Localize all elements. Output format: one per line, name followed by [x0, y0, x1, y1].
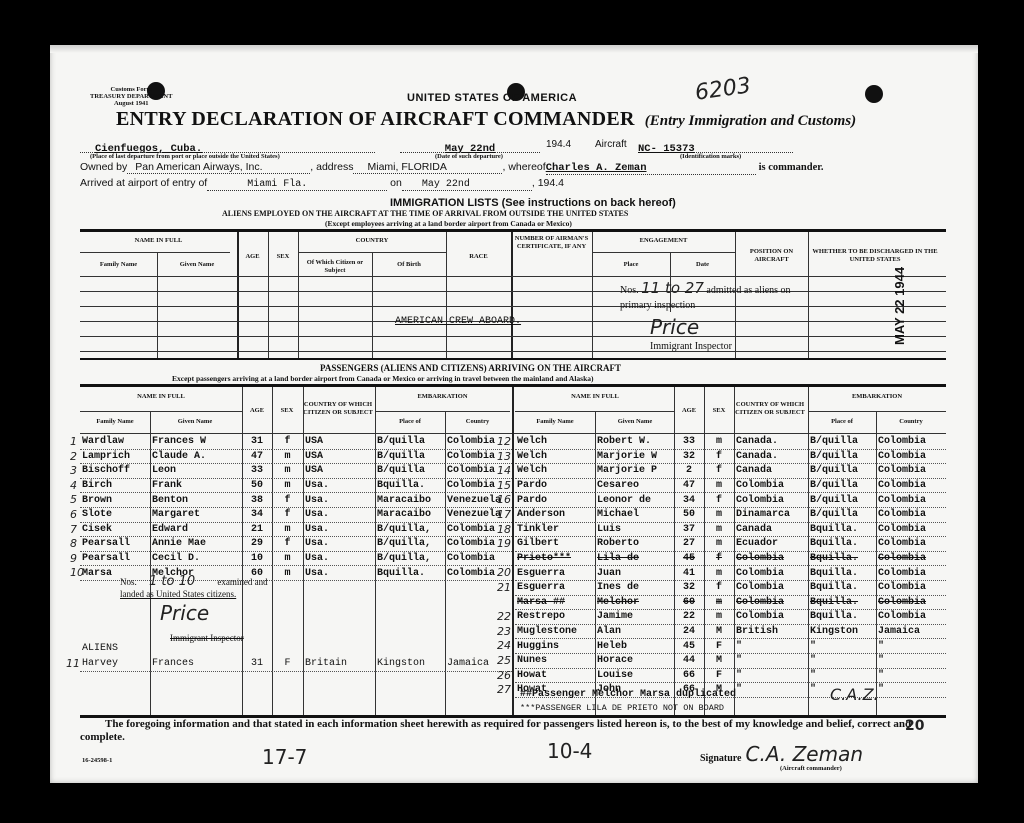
passenger-row: BrownBenton38fUsa.MaracaiboVenezuela	[80, 493, 512, 508]
cell-family: Cisek	[80, 522, 150, 537]
col-name-in-full: NAME IN FULL	[80, 393, 242, 401]
cell-family: Wardlaw	[80, 435, 150, 449]
cell-age: 31	[242, 657, 272, 671]
arrival-date: May 22nd	[422, 179, 470, 190]
col-date: Date	[670, 261, 735, 269]
commander-signature: C.A. Zeman	[746, 742, 864, 766]
cell-country: USA	[303, 464, 375, 479]
divider	[80, 306, 946, 307]
departure-place-label: (Place of last departure from port or pl…	[90, 153, 280, 160]
cell-age: 41	[674, 566, 704, 581]
row-number: 7	[70, 523, 77, 536]
owner-row: Owned byPan American Airways, Inc., addr…	[80, 161, 824, 175]
cell-place: Bquilla.	[375, 566, 445, 581]
cell-age: 10	[242, 551, 272, 566]
aliens-label: ALIENS	[82, 643, 118, 654]
passenger-row: HarveyFrances31FBritainKingstonJamaica	[80, 657, 512, 671]
cell-age: 47	[242, 449, 272, 464]
col-place: Place	[592, 261, 670, 269]
arrival-airport: Miami Fla.	[247, 179, 307, 190]
row-number: 11	[66, 657, 80, 670]
row-number: 9	[70, 552, 77, 565]
passenger-row: EsguerraInes de32fColombiaBquilla.Colomb…	[515, 580, 946, 595]
cell-place: "	[808, 653, 876, 668]
cell-emb-country: "	[876, 683, 946, 698]
passenger-row: MuglestoneAlan24MBritishKingstonJamaica	[515, 624, 946, 639]
cell-family: Muglestone	[515, 624, 595, 639]
footnote-not-on-board: ***PASSENGER LILA DE PRIETO NOT ON BOARD	[520, 703, 724, 713]
punch-hole-icon	[865, 85, 883, 103]
divider	[80, 336, 946, 337]
signature-caption: (Aircraft commander)	[780, 765, 842, 772]
cell-sex: m	[704, 566, 734, 581]
cell-family: Anderson	[515, 507, 595, 522]
cell-age: 24	[674, 624, 704, 639]
col-name-in-full: NAME IN FULL	[515, 393, 675, 401]
row-number: 23	[497, 625, 511, 638]
cell-country: Colombia	[734, 551, 808, 566]
passenger-row: HugginsHeleb45F"""	[515, 639, 946, 654]
cell-age: 33	[242, 464, 272, 479]
cell-family: Welch	[515, 464, 595, 479]
cell-given: Juan	[595, 566, 674, 581]
col-age: AGE	[674, 407, 704, 415]
declaration-text: The foregoing information and that state…	[80, 718, 950, 744]
initials: C.A.Z.	[830, 685, 879, 704]
divider	[80, 358, 946, 360]
cell-sex: m	[272, 566, 303, 581]
cell-given: Frances	[150, 657, 242, 671]
cell-given: Margaret	[150, 507, 242, 522]
divider	[592, 252, 735, 253]
signature-label: Signature	[700, 753, 742, 764]
country-heading: UNITED STATES OF AMERICA	[407, 92, 577, 104]
cell-family: Birch	[80, 478, 150, 493]
cell-family: Brown	[80, 493, 150, 508]
cell-sex: f	[272, 493, 303, 508]
cell-given: Leonor de	[595, 493, 674, 508]
cell-given: Luis	[595, 522, 674, 537]
cell-emb-country: Colombia	[876, 595, 946, 610]
passenger-row: BischoffLeon33mUSAB/quillaColombia	[80, 464, 512, 479]
cell-sex: f	[704, 551, 734, 566]
cell-family: Lamprich	[80, 449, 150, 464]
crew-section-note: (Except employees arriving at a land bor…	[325, 219, 572, 228]
cell-age: 34	[242, 507, 272, 522]
row-number: 26	[497, 669, 511, 682]
col-position: POSITION ON AIRCRAFT	[735, 248, 808, 263]
row-number: 13	[497, 450, 511, 463]
handwritten-number: 6203	[694, 73, 753, 106]
citizens-note-1: examined and	[217, 577, 267, 587]
cell-age: 32	[674, 580, 704, 595]
cell-sex: m	[704, 610, 734, 625]
col-birth: Of Birth	[372, 261, 446, 269]
on-label: on	[390, 177, 402, 189]
cell-place: "	[808, 639, 876, 654]
cell-sex: f	[704, 580, 734, 595]
citizens-note: Nos. 1 to 10 examined and	[120, 574, 268, 589]
cell-given: Frances W	[150, 435, 242, 449]
hand-tally-2: 10-4	[547, 739, 592, 763]
cell-place: B/quilla	[808, 464, 876, 479]
cell-age: 45	[674, 551, 704, 566]
row-number: 3	[70, 464, 77, 477]
citizens-prefix: Nos.	[120, 577, 137, 587]
cell-country: Colombia	[734, 610, 808, 625]
passenger-row: CisekEdward21mUsa.B/quilla,Colombia	[80, 522, 512, 537]
row-number: 17	[497, 508, 511, 521]
cell-sex: f	[704, 449, 734, 464]
cell-family: Esguerra	[515, 580, 595, 595]
passenger-row: Prieto***Lila de45fColombiaBquilla.Colom…	[515, 551, 946, 566]
row-number: 27	[497, 683, 511, 696]
cell-age: 32	[674, 449, 704, 464]
cell-age: 47	[674, 478, 704, 493]
cell-sex: f	[272, 537, 303, 552]
divider	[80, 252, 230, 253]
passenger-row: LamprichClaude A.47mUSAB/quillaColombia	[80, 449, 512, 464]
col-citizen-of: Of Which Citizen or Subject	[298, 259, 372, 274]
cell-given: Lila de	[595, 551, 674, 566]
col-given-name: Given Name	[150, 418, 240, 426]
cell-country: "	[734, 668, 808, 683]
col-emb-place: Place of	[808, 418, 876, 426]
cell-country: USA	[303, 449, 375, 464]
row-number: 22	[497, 610, 511, 623]
cell-place: Bquilla.	[808, 566, 876, 581]
col-given-name: Given Name	[157, 261, 237, 269]
row-number: 18	[497, 523, 511, 536]
cell-family: Nunes	[515, 653, 595, 668]
cell-place: B/quilla	[808, 435, 876, 449]
cell-place: Bquilla.	[808, 537, 876, 552]
divider	[80, 411, 242, 412]
divider	[268, 232, 269, 360]
col-family-name: Family Name	[80, 261, 157, 269]
cell-family: Pearsall	[80, 551, 150, 566]
passenger-row: BirchFrank50mUsa.Bquilla.Colombia	[80, 478, 512, 493]
departure-year: 194.4	[546, 139, 571, 150]
cell-sex: m	[704, 507, 734, 522]
row-number: 2	[70, 450, 77, 463]
departure-date-label: (Date of such departure)	[435, 153, 503, 160]
cell-country: Usa.	[303, 537, 375, 552]
form-agency-line: Customs Form	[90, 86, 172, 93]
cell-sex: F	[272, 657, 303, 671]
arrived-label: Arrived at airport of entry of	[80, 177, 207, 189]
cell-sex: m	[272, 522, 303, 537]
passenger-row: WelchMarjorie W32fCanada.B/quillaColombi…	[515, 449, 946, 464]
cell-sex: f	[272, 435, 303, 449]
cell-age: 50	[674, 507, 704, 522]
cell-age: 2	[674, 464, 704, 479]
cell-emb-country: Colombia	[876, 478, 946, 493]
departure-place-field: Cienfuegos, Cuba.	[80, 138, 375, 153]
cell-family: Prieto***	[515, 551, 595, 566]
col-family-name: Family Name	[80, 418, 150, 426]
divider	[446, 232, 447, 360]
row-number: 15	[497, 479, 511, 492]
cell-place: Kingston	[808, 624, 876, 639]
cell-sex: m	[704, 435, 734, 449]
cell-given: Edward	[150, 522, 242, 537]
row-number: 4	[70, 479, 77, 492]
col-race: RACE	[446, 253, 511, 261]
cell-place: B/quilla,	[375, 522, 445, 537]
row-number: 16	[497, 493, 511, 506]
passenger-section-note: Except passengers arriving at a land bor…	[172, 374, 594, 383]
cell-place: Bquilla.	[808, 522, 876, 537]
cell-age: 21	[242, 522, 272, 537]
cell-given: Ines de	[595, 580, 674, 595]
cell-family: Slote	[80, 507, 150, 522]
crew-stamp: AMERICAN CREW ABOARD.	[395, 316, 521, 327]
cell-place: Maracaibo	[375, 507, 445, 522]
cell-country: Colombia	[734, 580, 808, 595]
cell-place: B/quilla,	[375, 537, 445, 552]
commander-name: Charles A. Zeman	[546, 162, 647, 174]
cell-given: Marjorie P	[595, 464, 674, 479]
row-number: 19	[497, 537, 511, 550]
crew-section-subtitle: ALIENS EMPLOYED ON THE AIRCRAFT AT THE T…	[222, 209, 628, 218]
cell-age: 60	[674, 595, 704, 610]
row-number: 24	[497, 639, 511, 652]
passenger-row: PardoLeonor de34fColombiaB/quillaColombi…	[515, 493, 946, 508]
form-title: ENTRY DECLARATION OF AIRCRAFT COMMANDER …	[116, 108, 856, 131]
divider	[80, 351, 946, 352]
cell-sex: f	[704, 464, 734, 479]
row-number: 8	[70, 537, 77, 550]
cell-given: Robert W.	[595, 435, 674, 449]
cell-country: Canada.	[734, 449, 808, 464]
cell-emb-country: Colombia	[876, 435, 946, 449]
passenger-row: Marsa ##Melchor60mColombiaBquilla.Colomb…	[515, 595, 946, 610]
cell-sex: m	[272, 449, 303, 464]
commander-suffix: is commander.	[759, 162, 824, 173]
passenger-row: RestrepoJamime22mColombiaBquilla.Colombi…	[515, 610, 946, 625]
col-country-citizen: COUNTRY OF WHICH CITIZEN OR SUBJECT	[734, 401, 806, 416]
cell-emb-country: "	[876, 653, 946, 668]
passenger-row: WelchRobert W.33mCanada.B/quillaColombia	[515, 435, 946, 449]
cell-emb-country: Colombia	[876, 464, 946, 479]
row-number: 25	[497, 654, 511, 667]
cell-family: Esguerra	[515, 566, 595, 581]
form-agency-line: TREASURY DEPARTMENT	[90, 93, 172, 100]
cell-country: "	[734, 683, 808, 698]
cell-country: Usa.	[303, 551, 375, 566]
footnote-duplicated: ##Passenger Melchor Marsa duplicated	[520, 689, 736, 700]
cell-given: Frank	[150, 478, 242, 493]
cell-country: Usa.	[303, 507, 375, 522]
signature-block: Signature C.A. Zeman	[700, 742, 950, 766]
hand-tally-1: 17-7	[262, 745, 307, 769]
cell-emb-country: Colombia	[876, 551, 946, 566]
passenger-row: EsguerraJuan41mColombiaBquilla.Colombia	[515, 566, 946, 581]
cell-age: 29	[242, 537, 272, 552]
cell-age: 44	[674, 653, 704, 668]
cell-emb-country: Colombia	[876, 522, 946, 537]
cell-place: Bquilla.	[808, 610, 876, 625]
col-emb-country: Country	[445, 418, 510, 426]
citizens-note-2: landed as United States citizens.	[120, 589, 236, 599]
cell-sex: m	[704, 522, 734, 537]
address-label: address	[316, 161, 353, 173]
cell-country: Colombia	[734, 478, 808, 493]
col-age: AGE	[242, 407, 272, 415]
inspector-label: Immigrant Inspector	[650, 341, 732, 352]
divider	[511, 232, 513, 360]
divider	[375, 411, 510, 412]
cell-place: B/quilla	[808, 478, 876, 493]
cell-emb-country: "	[876, 639, 946, 654]
col-family-name: Family Name	[515, 418, 595, 426]
cell-country: Canada	[734, 522, 808, 537]
cell-country: "	[734, 653, 808, 668]
cell-country: Colombia	[734, 566, 808, 581]
cell-place: Bquilla.	[375, 478, 445, 493]
cell-emb-country: Colombia	[876, 507, 946, 522]
form-number: 16-24598-1	[82, 757, 112, 764]
arrival-year: 194.4	[538, 177, 564, 189]
admitted-note: Nos. 11 to 27 admitted as aliens on prim…	[620, 281, 800, 313]
cell-country: Britain	[303, 657, 375, 671]
owned-by-label: Owned by	[80, 161, 127, 173]
cell-sex: M	[704, 624, 734, 639]
col-certificate: NUMBER OF AIRMAN'S CERTIFICATE, IF ANY	[511, 235, 592, 250]
passenger-row: PardoCesareo47mColombiaB/quillaColombia	[515, 478, 946, 493]
cell-given: Melchor	[595, 595, 674, 610]
row-number: 10	[70, 566, 84, 579]
form-agency: Customs Form TREASURY DEPARTMENT August …	[90, 86, 172, 107]
cell-family: Pardo	[515, 493, 595, 508]
col-sex: SEX	[268, 253, 298, 261]
cell-place: Bquilla.	[808, 595, 876, 610]
cell-country: Usa.	[303, 522, 375, 537]
arrival-row: Arrived at airport of entry ofMiami Fla.…	[80, 177, 564, 191]
passenger-row: GilbertRoberto27mEcuadorBquilla.Colombia	[515, 537, 946, 552]
owner-name: Pan American Airways, Inc.	[135, 161, 262, 173]
cell-country: Usa.	[303, 478, 375, 493]
immigration-lists-title: IMMIGRATION LISTS (See instructions on b…	[390, 197, 676, 209]
cell-country: Colombia	[734, 595, 808, 610]
cell-given: Leon	[150, 464, 242, 479]
cell-family: Huggins	[515, 639, 595, 654]
alien-passenger-table: HarveyFrances31FBritainKingstonJamaica	[80, 657, 512, 672]
row-number: 21	[497, 581, 511, 594]
cell-family: Howat	[515, 668, 595, 683]
cell-country: British	[734, 624, 808, 639]
cell-place: B/quilla	[808, 449, 876, 464]
cell-emb-country: Colombia	[445, 551, 512, 566]
page-mark: 20	[905, 718, 924, 734]
cell-sex: f	[704, 493, 734, 508]
row-number: 20	[497, 566, 511, 579]
cell-country: Dinamarca	[734, 507, 808, 522]
cell-given: Horace	[595, 653, 674, 668]
col-emb-country: Country	[876, 418, 946, 426]
cell-given: Michael	[595, 507, 674, 522]
cell-country: Ecuador	[734, 537, 808, 552]
cell-sex: m	[704, 595, 734, 610]
cell-emb-country: Colombia	[876, 580, 946, 595]
cell-given: Marjorie W	[595, 449, 674, 464]
cell-given: Cesareo	[595, 478, 674, 493]
cell-family: Harvey	[80, 657, 150, 671]
col-embarkation: EMBARKATION	[808, 393, 946, 401]
admitted-range: 11 to 27	[641, 279, 704, 297]
cell-emb-country: Colombia	[876, 610, 946, 625]
cell-place: B/quilla,	[375, 551, 445, 566]
cell-place: "	[808, 668, 876, 683]
passenger-row: AndersonMichael50mDinamarcaB/quillaColom…	[515, 507, 946, 522]
left-passenger-table: WardlawFrances W31fUSAB/quillaColombiaLa…	[80, 435, 512, 581]
col-embarkation: EMBARKATION	[375, 393, 510, 401]
subtitle-text: (Entry Immigration and Customs)	[645, 113, 856, 129]
cell-place: Bquilla.	[808, 580, 876, 595]
col-sex: SEX	[272, 407, 302, 415]
cell-age: 22	[674, 610, 704, 625]
cell-sex: m	[704, 537, 734, 552]
departure-date-field: May 22nd	[400, 138, 540, 153]
divider	[237, 232, 239, 360]
cell-family: Pearsall	[80, 537, 150, 552]
col-emb-place: Place of	[375, 418, 445, 426]
aircraft-id-field: NC- 15373	[638, 138, 793, 153]
row-number: 1	[70, 435, 77, 448]
admitted-prefix: Nos.	[620, 285, 639, 296]
cell-place: Maracaibo	[375, 493, 445, 508]
divider	[298, 252, 446, 253]
cell-given: Claude A.	[150, 449, 242, 464]
cell-sex: f	[272, 507, 303, 522]
cell-given: Benton	[150, 493, 242, 508]
cell-place: Bquilla.	[808, 551, 876, 566]
col-country: COUNTRY	[298, 237, 446, 245]
cell-sex: m	[272, 551, 303, 566]
cell-given: Jamime	[595, 610, 674, 625]
passenger-row: WelchMarjorie P2fCanadaB/quillaColombia	[515, 464, 946, 479]
whereof-label: whereof	[508, 161, 545, 173]
divider	[80, 276, 946, 277]
cell-family: Gilbert	[515, 537, 595, 552]
cell-age: 33	[674, 435, 704, 449]
citizens-range: 1 to 10	[149, 574, 195, 589]
cell-age: 34	[674, 493, 704, 508]
passenger-row: SloteMargaret34fUsa.MaracaiboVenezuela	[80, 507, 512, 522]
cell-country: Usa.	[303, 493, 375, 508]
cell-sex: m	[272, 464, 303, 479]
citizens-inspector-signature: Price	[160, 601, 209, 625]
cell-age: 45	[674, 639, 704, 654]
cell-age: 50	[242, 478, 272, 493]
form-date: August 1941	[90, 100, 172, 107]
cell-country: USA	[303, 435, 375, 449]
col-engagement: ENGAGEMENT	[592, 237, 735, 245]
cell-family: Welch	[515, 449, 595, 464]
cell-given: Annie Mae	[150, 537, 242, 552]
aircraft-id-label: (Identification marks)	[680, 153, 741, 160]
cell-emb-country: Colombia	[876, 449, 946, 464]
cell-family: Restrepo	[515, 610, 595, 625]
passenger-row: PearsallAnnie Mae29fUsa.B/quilla,Colombi…	[80, 537, 512, 552]
cell-country: "	[734, 639, 808, 654]
cell-place: B/quilla	[808, 493, 876, 508]
cell-place: B/quilla	[375, 449, 445, 464]
inspector-signature: Price	[650, 315, 699, 339]
col-country-citizen: COUNTRY OF WHICH CITIZEN OR SUBJECT	[303, 401, 373, 416]
cell-given: Louise	[595, 668, 674, 683]
